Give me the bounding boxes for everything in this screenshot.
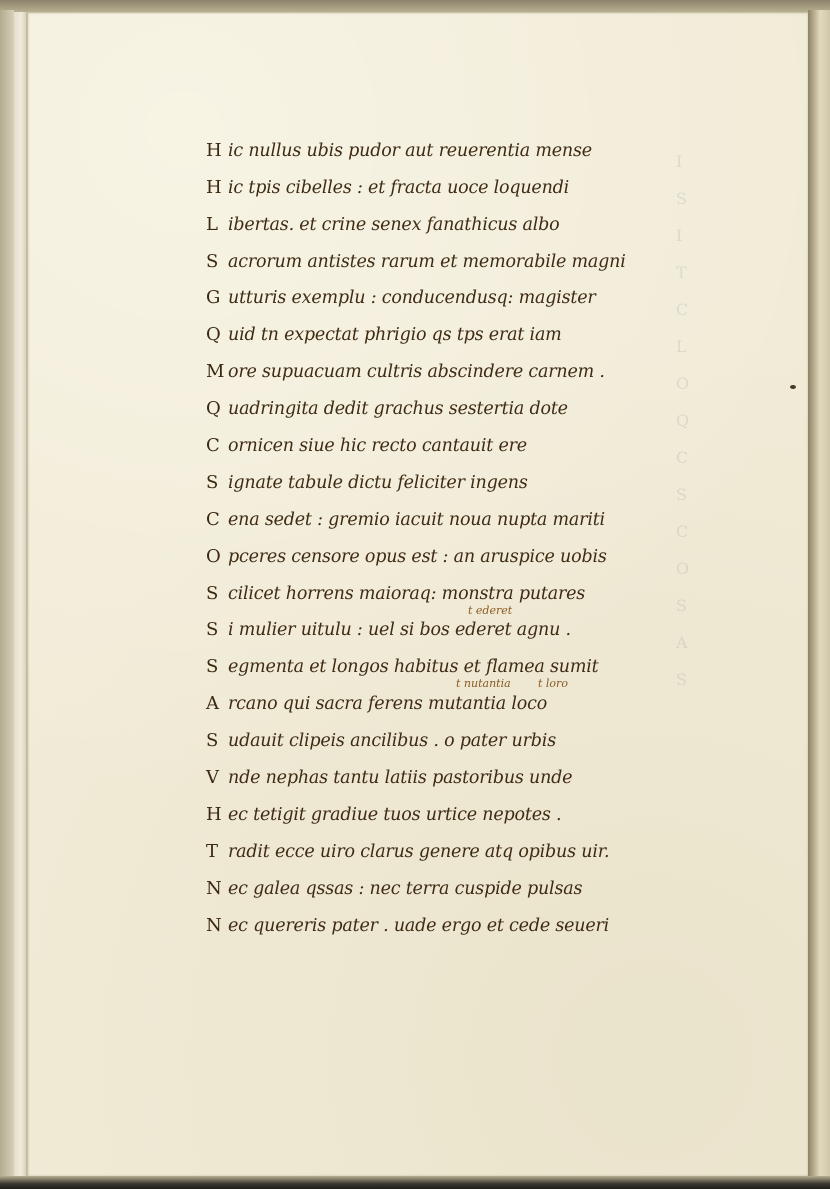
- line-initial: H: [206, 803, 228, 827]
- line-initial: N: [206, 877, 228, 901]
- line-text: ec quereris pater . uade ergo et cede se…: [228, 914, 609, 938]
- line-text: uid tn expectat phrigio qs tps erat iam: [228, 323, 562, 347]
- line-text: i mulier uitulu : uel si bos ederet agnu…: [228, 618, 571, 642]
- interlinear-gloss: t ederet: [468, 604, 512, 617]
- line-text: ena sedet : gremio iacuit noua nupta mar…: [228, 508, 605, 532]
- verse-line: Hec tetigit gradiue tuos urtice nepotes …: [206, 790, 706, 827]
- line-initial: S: [206, 471, 228, 495]
- verse-line: t ederet Si mulier uitulu : uel si bos e…: [206, 606, 706, 643]
- line-initial: G: [206, 286, 228, 310]
- verse-line: Quadringita dedit grachus sestertia dote: [206, 384, 706, 421]
- line-text: uadringita dedit grachus sestertia dote: [228, 397, 568, 421]
- line-text: pceres censore opus est : an aruspice uo…: [228, 545, 607, 569]
- line-text: ibertas. et crine senex fanathicus albo: [228, 213, 560, 237]
- folio-page: ISITCLOQCSCOSAS Hic nullus ubis pudor au…: [28, 13, 808, 1176]
- line-initial: S: [206, 582, 228, 606]
- line-initial: Q: [206, 397, 228, 421]
- verse-line: Libertas. et crine senex fanathicus albo: [206, 200, 706, 237]
- line-initial: S: [206, 655, 228, 679]
- line-text: ornicen siue hic recto cantauit ere: [228, 434, 527, 458]
- verse-line: Hic nullus ubis pudor aut reuerentia men…: [206, 126, 706, 163]
- left-binding-stub: [0, 10, 14, 1180]
- verse-line: Hic tpis cibelles : et fracta uoce loque…: [206, 163, 706, 200]
- verse-column: Hic nullus ubis pudor aut reuerentia men…: [206, 126, 706, 938]
- line-initial: T: [206, 840, 228, 864]
- line-initial: N: [206, 914, 228, 938]
- binding-bottom-edge: [0, 1176, 830, 1189]
- line-initial: S: [206, 729, 228, 753]
- line-text: rcano qui sacra ferens mutantia loco: [228, 692, 547, 716]
- verse-line: Vnde nephas tantu latiis pastoribus unde: [206, 753, 706, 790]
- verse-line: Quid tn expectat phrigio qs tps erat iam: [206, 310, 706, 347]
- verse-line: Segmenta et longos habitus et flamea sum…: [206, 642, 706, 679]
- line-text: ic tpis cibelles : et fracta uoce loquen…: [228, 176, 569, 200]
- line-text: ic nullus ubis pudor aut reuerentia mens…: [228, 139, 592, 163]
- verse-line: t nutantia t loro Arcano qui sacra feren…: [206, 679, 706, 716]
- ink-speck: [790, 385, 796, 389]
- verse-line: Nec galea qssas : nec terra cuspide puls…: [206, 864, 706, 901]
- underlying-leaves-edge: [808, 10, 830, 1178]
- verse-line: Signate tabule dictu feliciter ingens: [206, 458, 706, 495]
- line-text: udauit clipeis ancilibus . o pater urbis: [228, 729, 556, 753]
- line-initial: H: [206, 139, 228, 163]
- verse-line: More supuacuam cultris abscindere carnem…: [206, 347, 706, 384]
- verse-line: Tradit ecce uiro clarus genere atq opibu…: [206, 827, 706, 864]
- line-text: cilicet horrens maioraq: monstra putares: [228, 582, 585, 606]
- line-initial: S: [206, 250, 228, 274]
- line-initial: C: [206, 508, 228, 532]
- interlinear-gloss: t loro: [538, 677, 568, 690]
- line-initial: V: [206, 766, 228, 790]
- verse-line: Gutturis exemplu : conducendusq: magiste…: [206, 274, 706, 311]
- line-text: utturis exemplu : conducendusq: magister: [228, 286, 596, 310]
- interlinear-gloss: t nutantia: [456, 677, 511, 690]
- line-initial: M: [206, 360, 228, 384]
- binding-top-edge: [0, 0, 830, 12]
- verse-line: Cornicen siue hic recto cantauit ere: [206, 421, 706, 458]
- line-text: ec tetigit gradiue tuos urtice nepotes .: [228, 803, 561, 827]
- line-text: ec galea qssas : nec terra cuspide pulsa…: [228, 877, 582, 901]
- line-initial: H: [206, 176, 228, 200]
- verse-line: Cena sedet : gremio iacuit noua nupta ma…: [206, 495, 706, 532]
- line-text: ore supuacuam cultris abscindere carnem …: [228, 360, 605, 384]
- line-initial: O: [206, 545, 228, 569]
- verse-line: Sudauit clipeis ancilibus . o pater urbi…: [206, 716, 706, 753]
- verse-line: Sacrorum antistes rarum et memorabile ma…: [206, 237, 706, 274]
- line-text: acrorum antistes rarum et memorabile mag…: [228, 250, 626, 274]
- line-initial: C: [206, 434, 228, 458]
- verse-line: Scilicet horrens maioraq: monstra putare…: [206, 569, 706, 606]
- line-initial: A: [206, 692, 228, 716]
- line-initial: L: [206, 213, 228, 237]
- manuscript-scan: ISITCLOQCSCOSAS Hic nullus ubis pudor au…: [0, 0, 830, 1189]
- line-initial: Q: [206, 323, 228, 347]
- line-initial: S: [206, 618, 228, 642]
- verse-line: Opceres censore opus est : an aruspice u…: [206, 532, 706, 569]
- line-text: radit ecce uiro clarus genere atq opibus…: [228, 840, 609, 864]
- line-text: egmenta et longos habitus et flamea sumi…: [228, 655, 598, 679]
- left-page-edge: [14, 12, 27, 1177]
- line-text: ignate tabule dictu feliciter ingens: [228, 471, 528, 495]
- verse-line: Nec quereris pater . uade ergo et cede s…: [206, 901, 706, 938]
- line-text: nde nephas tantu latiis pastoribus unde: [228, 766, 572, 790]
